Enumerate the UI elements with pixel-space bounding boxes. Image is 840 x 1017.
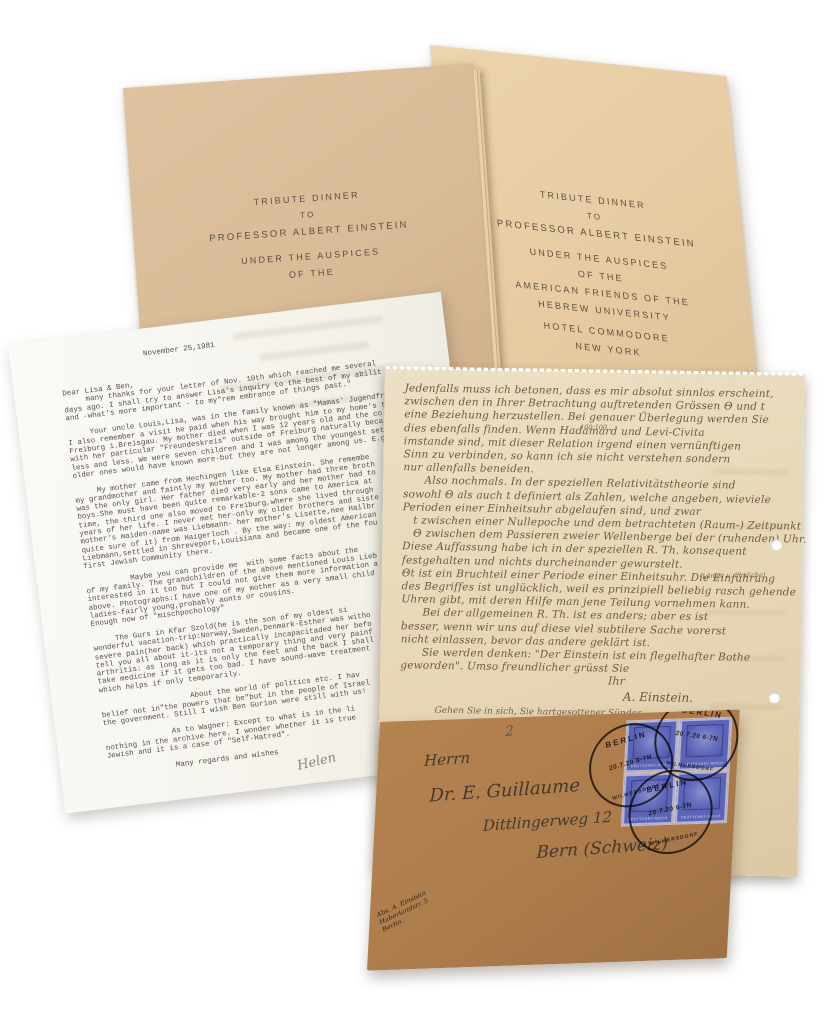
postmark-date: 20.7.20 6-7N [657, 727, 737, 745]
interline-annotation: 100:100 [580, 423, 607, 431]
envelope: 2 HerrnDr. E. GuillaumeDittlingerweg 12B… [367, 709, 740, 970]
valediction: Ihr [608, 675, 625, 688]
interline-annotation: (Längs- u. ähnliche) [700, 571, 766, 580]
punch-hole [771, 539, 782, 550]
einstein-signature: A. Einstein. [623, 690, 693, 705]
pencil-number: 2 [505, 723, 515, 740]
sender-address: Abs. A. EinsteinHaberlandstr. 5Berlin. [375, 889, 432, 934]
photographed-einstein-documents: TRIBUTE DINNERTOPROFESSOR ALBERT EINSTEI… [0, 0, 840, 1017]
postmark-district: WILMERSDORF [634, 828, 714, 851]
letter-date: November 25,1981 [143, 342, 215, 359]
postmark-date: 20.7.20 6-7N [630, 798, 710, 822]
booklet-title-left: TRIBUTE DINNERTOPROFESSOR ALBERT EINSTEI… [131, 181, 488, 297]
postmark-city: BERLIN [662, 709, 739, 722]
letter-body: Dear Lisa & Ben, many thanks for your le… [62, 352, 427, 778]
punch-hole [769, 692, 780, 703]
showthrough-mark [233, 315, 383, 340]
